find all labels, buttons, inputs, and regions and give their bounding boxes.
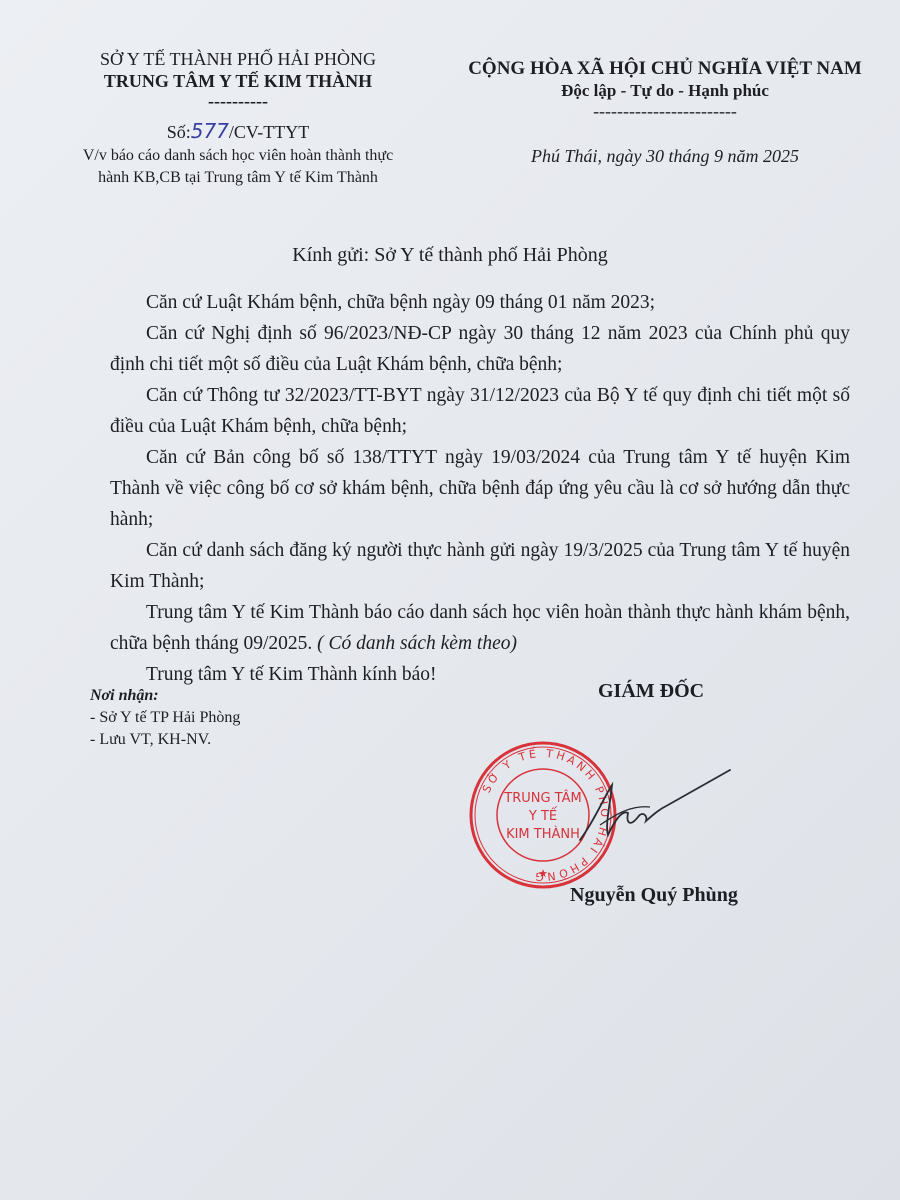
national-motto: Độc lập - Tự do - Hạnh phúc — [445, 80, 885, 102]
subject-line: V/v báo cáo danh sách học viên hoàn thàn… — [48, 145, 428, 189]
subject-line-2: hành KB,CB tại Trung tâm Y tế Kim Thành — [48, 167, 428, 189]
svg-text:★: ★ — [538, 867, 548, 880]
body-paragraph: Căn cứ Nghị định số 96/2023/NĐ-CP ngày 3… — [110, 318, 850, 380]
issuer-divider: ---------- — [48, 92, 428, 110]
national-header: CỘNG HÒA XÃ HỘI CHỦ NGHĨA VIỆT NAM Độc l… — [445, 58, 885, 120]
body-paragraph: Căn cứ Bản công bố số 138/TTYT ngày 19/0… — [110, 442, 850, 535]
document-number-handwritten: 577 — [191, 119, 229, 143]
subject-line-1: V/v báo cáo danh sách học viên hoàn thàn… — [48, 145, 428, 167]
issuer-authority: SỞ Y TẾ THÀNH PHỐ HẢI PHÒNG — [48, 48, 428, 70]
handwritten-signature-icon — [560, 765, 760, 855]
national-divider: ------------------------ — [445, 102, 885, 120]
document-body: Căn cứ Luật Khám bệnh, chữa bệnh ngày 09… — [110, 287, 850, 690]
report-note: ( Có danh sách kèm theo) — [317, 633, 517, 654]
document-number-prefix: Số: — [167, 122, 191, 142]
issuer-header: SỞ Y TẾ THÀNH PHỐ HẢI PHÒNG TRUNG TÂM Y … — [48, 48, 428, 189]
document-number-suffix: /CV-TTYT — [229, 122, 309, 142]
body-paragraph: Căn cứ Luật Khám bệnh, chữa bệnh ngày 09… — [110, 287, 850, 318]
signer-title: GIÁM ĐỐC — [598, 680, 704, 703]
body-paragraph: Căn cứ danh sách đăng ký người thực hành… — [110, 535, 850, 597]
document-number: Số:577/CV-TTYT — [48, 120, 428, 143]
recipients-block: Nơi nhận: - Sở Y tế TP Hải Phòng - Lưu V… — [90, 685, 240, 751]
place-date: Phú Thái, ngày 30 tháng 9 năm 2025 — [445, 146, 885, 167]
nation-title: CỘNG HÒA XÃ HỘI CHỦ NGHĨA VIỆT NAM — [445, 58, 885, 80]
issuer-organization: TRUNG TÂM Y TẾ KIM THÀNH — [48, 70, 428, 92]
recipient-item: - Sở Y tế TP Hải Phòng — [90, 707, 240, 729]
stamp-center-2: Y TẾ — [528, 807, 558, 824]
signer-name: Nguyễn Quý Phùng — [570, 884, 738, 907]
recipients-title: Nơi nhận: — [90, 685, 240, 707]
recipient-line: Kính gửi: Sở Y tế thành phố Hải Phòng — [0, 244, 900, 267]
body-paragraph: Căn cứ Thông tư 32/2023/TT-BYT ngày 31/1… — [110, 380, 850, 442]
recipient-item: - Lưu VT, KH-NV. — [90, 729, 240, 751]
report-paragraph: Trung tâm Y tế Kim Thành báo cáo danh sá… — [110, 597, 850, 659]
